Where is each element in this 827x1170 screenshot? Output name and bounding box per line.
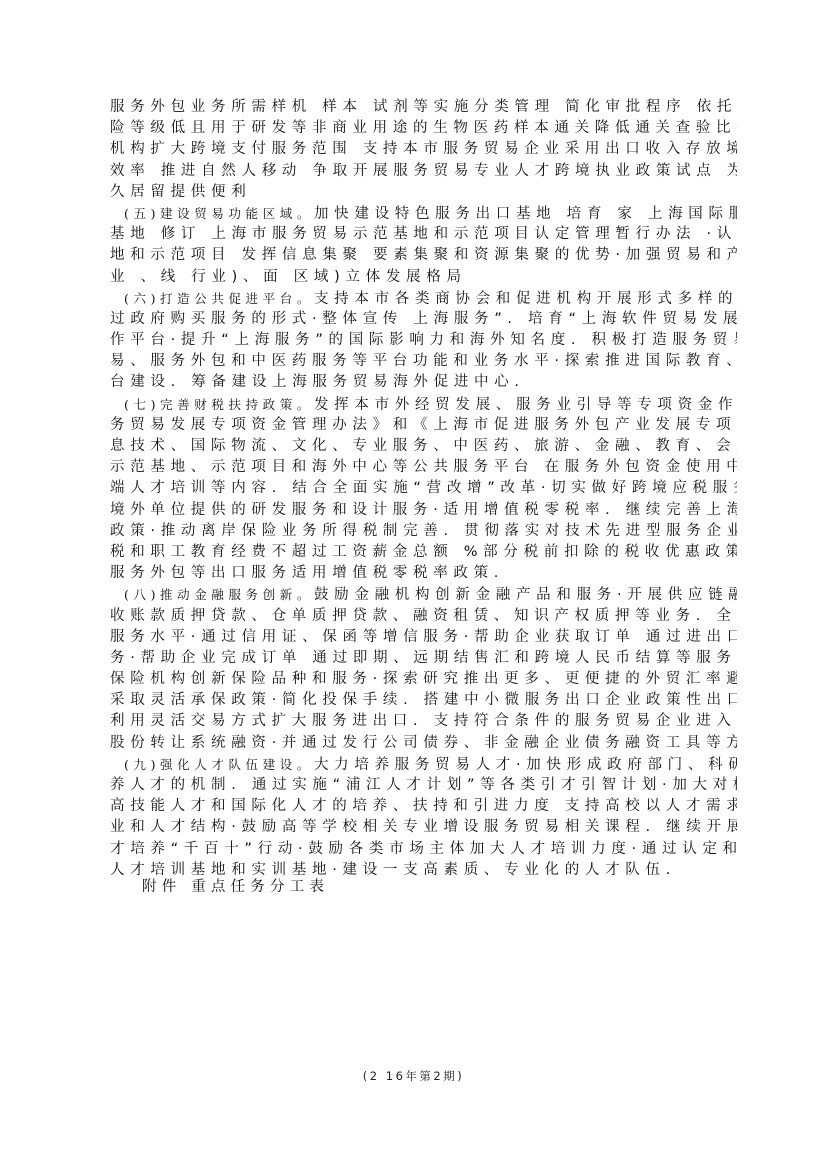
issue-footer: (2 16年第2期) [0, 1068, 827, 1084]
text-line: (六)打造公共促进平台。支持本市各类商协会和促进机构开展形式多样的服务贸易促进活… [110, 288, 737, 309]
text-line: 久居留提供便利 [110, 182, 737, 203]
text-line: 政策·推动离岸保险业务所得税制完善. 贯彻落实对技术先进型服务企业减按 5 税率… [110, 521, 737, 542]
section-heading: (五)建设贸易功能区域。 [124, 206, 314, 221]
text-line: 过政府购买服务的形式·整体宣传 上海服务”. 培育“上海软件贸易发展论坛”等各类… [110, 309, 737, 330]
paragraph-8: (八)推动金融服务创新。鼓励金融机构创新金融产品和服务·开展供应链融资、海外并购… [110, 584, 737, 754]
text-line: 服务水平·通过信用证、保函等增信服务·帮助企业获取订单 通过进出口押汇、保理、福… [110, 627, 737, 648]
paragraph-6: (六)打造公共促进平台。支持本市各类商协会和促进机构开展形式多样的服务贸易促进活… [110, 288, 737, 394]
text-line-body: 加快建设特色服务出口基地 培育 家 上海国际服务贸易总部示范 [314, 206, 737, 222]
text-line: (九)强化人才队伍建设。大力培养服务贸易人才·加快形成政府部门、科研院所、高校、… [110, 754, 737, 775]
text-line: 高技能人才和国际化人才的培养、扶持和引进力度 支持高校以人才需求为导向·调整优化… [110, 796, 737, 817]
text-line: 股份转让系统融资·并通过发行公司债券、非金融企业债务融资工具等方式·拓展融资渠道… [110, 733, 737, 754]
attachment-note: 附件 重点任务分工表 [142, 877, 329, 898]
text-line: 作平台·提升“上海服务”的国际影响力和海外知名度. 积极打造服务贸易公共服务平台… [110, 330, 737, 351]
paragraph-5: (五)建设贸易功能区域。加快建设特色服务出口基地 培育 家 上海国际服务贸易总部… [110, 203, 737, 288]
text-line: 养人才的机制. 通过实施“浦江人才计划”等各类引才引智计划·加大对核心人才、重点… [110, 775, 737, 796]
text-line: 业 、线 行业)、面 区域)立体发展格局 [110, 267, 737, 288]
section-heading: (八)推动金融服务创新。 [124, 587, 314, 602]
text-line: 服务外包业务所需样机 样本 试剂等实施分类管理 简化审批程序 依托自贸试验区探索… [110, 97, 737, 118]
text-line: 示范基地、示范项目和海外中心等公共服务平台 在服务外包资金使用中·增加支持服务外… [110, 457, 737, 478]
text-line: 收账款质押贷款、仓单质押贷款、融资租赁、知识产权质押等业务. 全面提升服务贸易企… [110, 606, 737, 627]
section-heading: (九)强化人才队伍建设。 [124, 757, 314, 772]
text-line: 效率 推进自然人移动 争取开展服务贸易专业人才跨境执业政策试点 为外籍高端人才办… [110, 161, 737, 182]
text-line: 机构扩大跨境支付服务范围 支持本市服务贸易企业采用出口收入存放境外等方式提高外汇… [110, 139, 737, 160]
text-line: (七)完善财税扶持政策。发挥本市外经贸发展、服务业引导等专项资金作用·修订完善 … [110, 394, 737, 415]
text-line: 保险机构创新保险品种和服务·探索研究推出更多、更便捷的外贸汇率避险险种·在风险可… [110, 669, 737, 690]
paragraph-4-continued: 服务外包业务所需样机 样本 试剂等实施分类管理 简化审批程序 依托自贸试验区探索… [110, 97, 737, 203]
text-line: 务·帮助企业完成订单 通过即期、远期结售汇和跨境人民币结算等服务·帮助企业规避汇… [110, 648, 737, 669]
text-line: 才培养“千百十”行动·鼓励各类市场主体加大人才培训力度·通过认定和扶持一批服务贸… [110, 839, 737, 860]
section-heading: (六)打造公共促进平台。 [124, 291, 314, 306]
paragraph-9: (九)强化人才队伍建设。大力培养服务贸易人才·加快形成政府部门、科研院所、高校、… [110, 754, 737, 881]
text-line: 采取灵活承保政策·简化投保手续. 搭建中小微服务出口企业政策性出口信用保险投保平… [110, 690, 737, 711]
document-body: 服务外包业务所需样机 样本 试剂等实施分类管理 简化审批程序 依托自贸试验区探索… [110, 97, 737, 881]
text-line-body: 发挥本市外经贸发展、服务业引导等专项资金作用·修订完善 上海市服 [314, 397, 737, 413]
text-line: 境外单位提供的研发服务和设计服务·适用增值税零税率. 继续完善上海国际航运保险业… [110, 500, 737, 521]
text-line: 税和职工教育经费不超过工资薪金总额 %部分税前扣除的税收优惠政策·进一步落实影视… [110, 542, 737, 563]
text-line: 台建设. 筹备建设上海服务贸易海外促进中心. [110, 372, 737, 393]
text-line: 息技术、国际物流、文化、专业服务、中医药、旅游、金融、教育、会展等服务贸易领域·… [110, 436, 737, 457]
text-line: 务贸易发展专项资金管理办法》和《上海市促进服务外包产业发展专项资金管理办法》. … [110, 415, 737, 436]
text-line: 业和人才结构·鼓励高等学校相关专业增设服务贸易相关课程. 继续开展本市软件贸易和… [110, 817, 737, 838]
text-line: 险等级低且用于研发等非商业用途的生物医药样本通关降低通关查验比例 鼓励本市银行机… [110, 118, 737, 139]
text-line: 基地 修订 上海市服务贸易示范基地和示范项目认定管理暂行办法 ·认定一批本市服务… [110, 224, 737, 245]
paragraph-7: (七)完善财税扶持政策。发挥本市外经贸发展、服务业引导等专项资金作用·修订完善 … [110, 394, 737, 585]
text-line-body: 支持本市各类商协会和促进机构开展形式多样的服务贸易促进活动 通 [314, 291, 737, 307]
text-line: 地和示范项目 发挥信息集聚 要素集聚和资源集聚的优势·加强贸易和产业的联动发展·… [110, 245, 737, 266]
document-page: 服务外包业务所需样机 样本 试剂等实施分类管理 简化审批程序 依托自贸试验区探索… [0, 0, 827, 1170]
text-line: 易、服务外包和中医药服务等平台功能和业务水平·探索推进国际教育、医疗旅游等领域的… [110, 351, 737, 372]
text-line-body: 鼓励金融机构创新金融产品和服务·开展供应链融资、海外并购融资、应 [314, 587, 737, 603]
text-line-body: 大力培养服务贸易人才·加快形成政府部门、科研院所、高校、企业联合培 [314, 757, 737, 773]
text-line: 服务外包等出口服务适用增值税零税率政策. [110, 563, 737, 584]
text-line: 利用灵活交易方式扩大服务进出口. 支持符合条件的服务贸易企业进入中小企业板、创业… [110, 711, 737, 732]
section-heading: (七)完善财税扶持政策。 [124, 397, 314, 412]
text-line: (八)推动金融服务创新。鼓励金融机构创新金融产品和服务·开展供应链融资、海外并购… [110, 584, 737, 605]
text-line: (五)建设贸易功能区域。加快建设特色服务出口基地 培育 家 上海国际服务贸易总部… [110, 203, 737, 224]
text-line: 端人才培训等内容. 结合全面实施“营改增”改革·切实做好跨境应税服务免征增值税的… [110, 478, 737, 499]
